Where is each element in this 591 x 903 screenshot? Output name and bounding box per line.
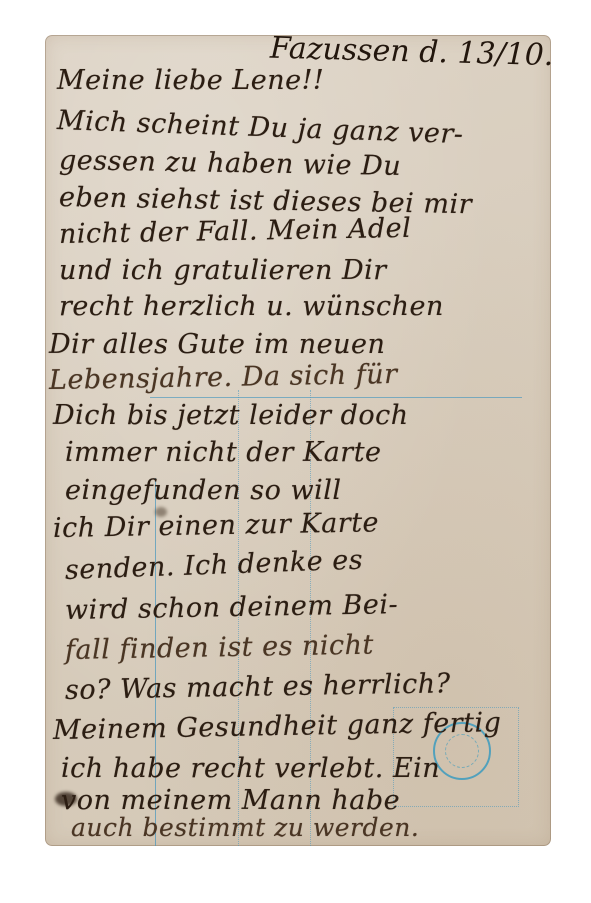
letter-line: so? Was macht es herrlich? — [65, 668, 451, 706]
letter-line: immer nicht der Karte — [65, 437, 382, 468]
letter-line: ich Dir einen zur Karte — [53, 507, 380, 544]
letter-line: recht herzlich u. wünschen — [59, 291, 444, 322]
letter-line: Dir alles Gute im neuen — [49, 329, 385, 360]
printed-guide-line-horizontal — [150, 397, 522, 398]
letter-line: gessen zu haben wie Du — [59, 145, 402, 182]
letter-line: auch bestimmt zu werden. — [71, 813, 419, 842]
letter-line: Mich scheint Du ja ganz ver- — [56, 105, 464, 150]
letter-line: ich habe recht verlebt. Ein — [61, 753, 440, 784]
letter-line: nicht der Fall. Mein Adel — [59, 213, 412, 250]
letter-line: wird schon deinem Bei- — [65, 589, 399, 626]
letter-line: fall finden ist es nicht — [65, 630, 374, 666]
letter-line: Dich bis jetzt leider doch — [53, 400, 409, 431]
salutation: Meine liebe Lene!! — [57, 65, 324, 96]
letter-line: senden. Ich denke es — [64, 545, 363, 586]
postcard: Fazussen d. 13/10.19. Meine liebe Lene!!… — [45, 35, 551, 846]
letter-line: eingefunden so will — [65, 475, 341, 506]
letter-line: von meinem Mann habe — [61, 785, 400, 816]
letter-line: Lebensjahre. Da sich für — [49, 359, 398, 396]
letter-line: und ich gratulieren Dir — [59, 255, 387, 286]
